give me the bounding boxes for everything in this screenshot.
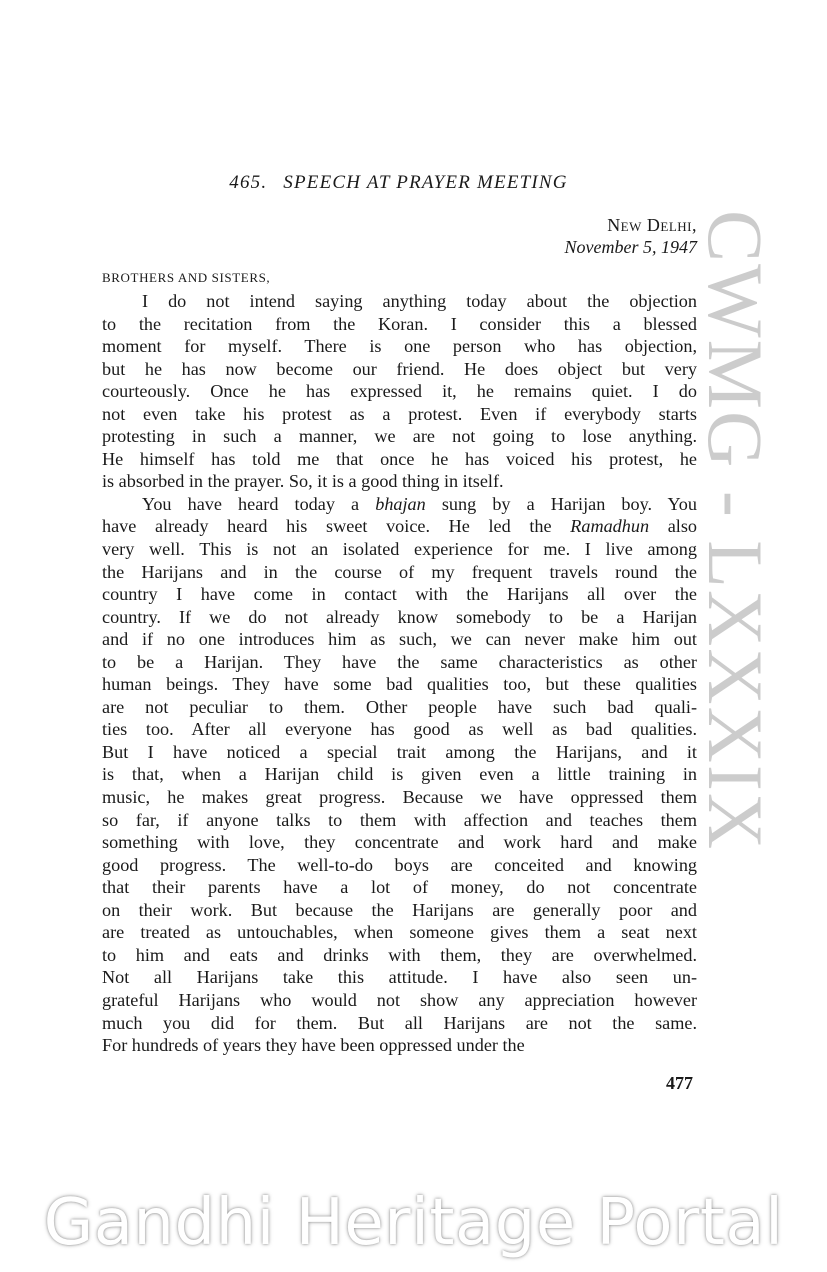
text-line: Not all Harijans take this attitude. I h… (102, 966, 697, 989)
text-line: are treated as untouchables, when someon… (102, 921, 697, 944)
text-line: to be a Harijan. They have the same char… (102, 651, 697, 674)
text-line: are not peculiar to them. Other people h… (102, 696, 697, 719)
text-line: moment for myself. There is one person w… (102, 335, 697, 358)
text-line: is absorbed in the prayer. So, it is a g… (102, 470, 697, 493)
text-line: much you did for them. But all Harijans … (102, 1012, 697, 1035)
document-heading: 465. SPEECH AT PRAYER MEETING (100, 172, 697, 194)
speech-body: I do not intend saying anything today ab… (102, 290, 697, 1057)
text-line: country. If we do not already know someb… (102, 606, 697, 629)
place-date-block: New Delhi, November 5, 1947 (565, 214, 697, 258)
text-line: but he has now become our friend. He doe… (102, 358, 697, 381)
text-line: not even take his protest as a protest. … (102, 403, 697, 426)
salutation: BROTHERS AND SISTERS, (102, 270, 270, 286)
text-line: I do not intend saying anything today ab… (102, 290, 697, 313)
text-line: something with love, they concentrate an… (102, 831, 697, 854)
text-line: music, he makes great progress. Because … (102, 786, 697, 809)
text-line: the Harijans and in the course of my fre… (102, 561, 697, 584)
document-page: CWMG - LXXXIX 465. SPEECH AT PRAYER MEET… (0, 0, 827, 1272)
text-line: He himself has told me that once he has … (102, 448, 697, 471)
text-line: on their work. But because the Harijans … (102, 899, 697, 922)
text-line: have already heard his sweet voice. He l… (102, 515, 697, 538)
text-line: to him and eats and drinks with them, th… (102, 944, 697, 967)
place: New Delhi, (565, 214, 697, 236)
text-line: For hundreds of years they have been opp… (102, 1034, 697, 1057)
text-line: human beings. They have some bad qualiti… (102, 673, 697, 696)
text-line: very well. This is not an isolated exper… (102, 538, 697, 561)
text-line: so far, if anyone talks to them with aff… (102, 809, 697, 832)
page-number: 477 (666, 1073, 693, 1094)
cwmg-volume-watermark: CWMG - LXXXIX (705, 210, 765, 1070)
text-line: grateful Harijans who would not show any… (102, 989, 697, 1012)
item-number: 465. (229, 172, 267, 193)
text-line: that their parents have a lot of money, … (102, 876, 697, 899)
date: November 5, 1947 (565, 236, 697, 258)
text-line: is that, when a Harijan child is given e… (102, 763, 697, 786)
document-title: SPEECH AT PRAYER MEETING (283, 172, 567, 193)
text-line: ties too. After all everyone has good as… (102, 718, 697, 741)
text-line: protesting in such a manner, we are not … (102, 425, 697, 448)
text-line: country I have come in contact with the … (102, 583, 697, 606)
gandhi-heritage-portal-watermark: Gandhi Heritage Portal (0, 1186, 827, 1260)
text-line: and if no one introduces him as such, we… (102, 628, 697, 651)
text-line: courteously. Once he has expressed it, h… (102, 380, 697, 403)
text-line: You have heard today a bhajan sung by a … (102, 493, 697, 516)
text-line: to the recitation from the Koran. I cons… (102, 313, 697, 336)
text-line: But I have noticed a special trait among… (102, 741, 697, 764)
text-line: good progress. The well-to-do boys are c… (102, 854, 697, 877)
